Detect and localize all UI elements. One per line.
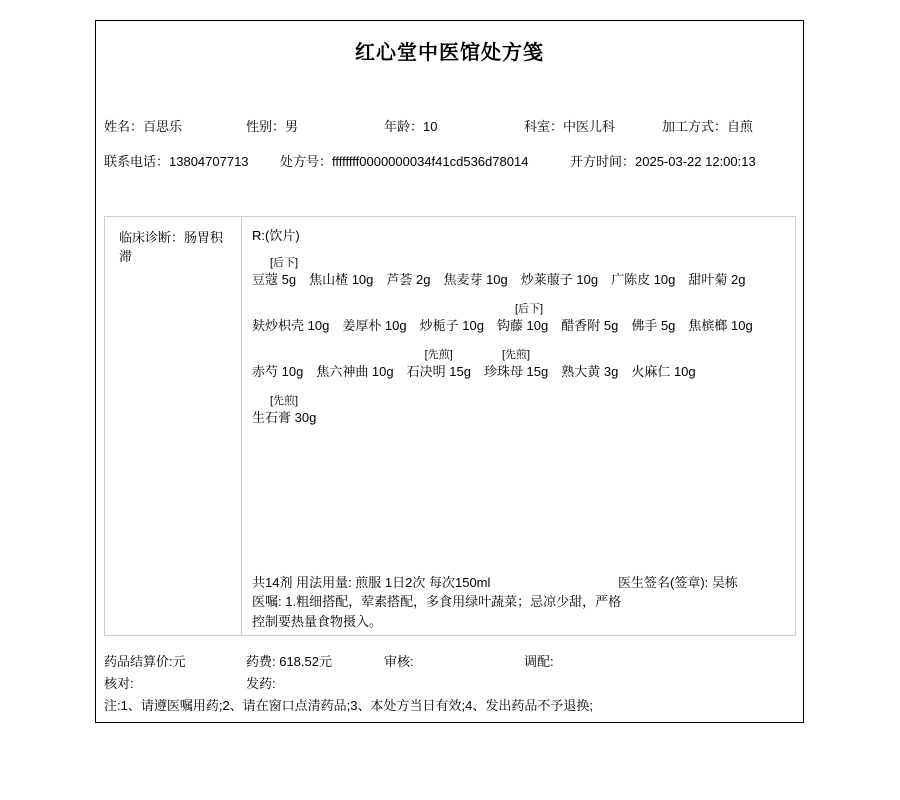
medicine-item: [后下]钩藤 10g [497, 299, 548, 335]
dispense-field: 调配: [524, 651, 554, 670]
doctor-signature: 医生签名(签章): 吴栋 [618, 572, 738, 591]
medicine-text: 广陈皮 10g [611, 272, 675, 287]
medicine-text: 石决明 15g [407, 364, 471, 379]
prescription-number-field: 处方号：ffffffff0000000034f41cd536d78014 [280, 151, 528, 170]
medicine-text: 麸炒枳壳 10g [252, 318, 329, 333]
medicine-text: 醋香附 5g [561, 318, 618, 333]
decoction-tag: [后下] [515, 300, 543, 316]
prescription-content-column: R:(饮片) [后下]豆蔻 5g焦山楂 10g芦荟 2g焦麦芽 10g炒莱菔子 … [242, 217, 795, 635]
medicine-item: [先煎]石决明 15g [407, 345, 471, 381]
medicine-text: 珍珠母 15g [484, 364, 548, 379]
medicine-item: [先煎]珍珠母 15g [484, 345, 548, 381]
medicine-fee-field: 药费: 618.52元 [246, 651, 332, 670]
phone-field: 联系电话：13804707713 [104, 151, 249, 170]
medicine-item: 广陈皮 10g [611, 253, 675, 289]
issue-field: 发药: [246, 673, 276, 692]
medicine-item: 佛手 5g [631, 299, 675, 335]
medicine-text: 焦六神曲 10g [316, 364, 393, 379]
medicine-text: 佛手 5g [631, 318, 675, 333]
decoction-tag: [后下] [270, 254, 298, 270]
decoction-tag: [先煎] [425, 346, 453, 362]
medicine-item: 姜厚朴 10g [342, 299, 406, 335]
medicine-text: 熟大黄 3g [561, 364, 618, 379]
diagnosis-column: 临床诊断：肠胃积滞 [105, 217, 242, 635]
medicine-text: 生石膏 30g [252, 410, 316, 425]
medicine-item: 芦荟 2g [386, 253, 430, 289]
medicine-line: 赤芍 10g焦六神曲 10g[先煎]石决明 15g[先煎]珍珠母 15g熟大黄 … [252, 345, 789, 381]
diagnosis-text: 临床诊断：肠胃积滞 [119, 230, 223, 264]
medicine-text: 姜厚朴 10g [342, 318, 406, 333]
rx-type-header: R:(饮片) [252, 225, 789, 243]
medicine-item: 焦槟榔 10g [688, 299, 752, 335]
medicine-item: 炒莱菔子 10g [521, 253, 598, 289]
settlement-price-field: 药品结算价:元 [104, 651, 186, 670]
dosage-usage-text: 共14剂 用法用量: 煎服 1日2次 每次150ml [252, 575, 490, 590]
department-field: 科室：中医儿科 [524, 116, 615, 135]
medicine-item: [后下]豆蔻 5g [252, 253, 296, 289]
medicine-text: 赤芍 10g [252, 364, 303, 379]
patient-gender-field: 性别：男 [246, 116, 298, 135]
decoction-tag: [先煎] [502, 346, 530, 362]
medicine-text: 炒栀子 10g [420, 318, 484, 333]
medicine-line: [先煎]生石膏 30g [252, 391, 789, 427]
decoction-tag: [先煎] [270, 392, 298, 408]
medicine-item: 赤芍 10g [252, 345, 303, 381]
processing-method-field: 加工方式：自煎 [662, 116, 753, 135]
medicine-item: 火麻仁 10g [631, 345, 695, 381]
usage-row: 共14剂 用法用量: 煎服 1日2次 每次150ml 医生签名(签章): 吴栋 [252, 572, 787, 592]
prescription-bottom-block: 共14剂 用法用量: 煎服 1日2次 每次150ml 医生签名(签章): 吴栋 … [252, 572, 787, 632]
medicine-text: 焦山楂 10g [309, 272, 373, 287]
medicine-text: 钩藤 10g [497, 318, 548, 333]
medicine-item: 焦六神曲 10g [316, 345, 393, 381]
medicine-item: 焦麦芽 10g [443, 253, 507, 289]
issue-time-field: 开方时间：2025-03-22 12:00:13 [570, 151, 756, 170]
medicine-item: 熟大黄 3g [561, 345, 618, 381]
prescription-sheet: 红心堂中医馆处方笺 姓名：百思乐 性别：男 年龄：10 科室：中医儿科 加工方式… [95, 20, 804, 723]
medical-advice-text: 医嘱: 1.粗细搭配，荤素搭配，多食用绿叶蔬菜；忌凉少甜，严格控制要热量食物摄入… [252, 592, 634, 632]
medicine-line: [后下]豆蔻 5g焦山楂 10g芦荟 2g焦麦芽 10g炒莱菔子 10g广陈皮 … [252, 253, 789, 289]
medicine-text: 芦荟 2g [386, 272, 430, 287]
medicine-item: 炒栀子 10g [420, 299, 484, 335]
medicine-text: 甜叶菊 2g [688, 272, 745, 287]
review-field: 审核: [384, 651, 414, 670]
medicine-text: 火麻仁 10g [631, 364, 695, 379]
medicine-item: 甜叶菊 2g [688, 253, 745, 289]
medicine-item: 麸炒枳壳 10g [252, 299, 329, 335]
page-title: 红心堂中医馆处方笺 [96, 36, 803, 65]
medicine-text: 焦槟榔 10g [688, 318, 752, 333]
medicine-item: [先煎]生石膏 30g [252, 391, 316, 427]
medicine-item: 焦山楂 10g [309, 253, 373, 289]
patient-age-field: 年龄：10 [384, 116, 437, 135]
prescription-box: 临床诊断：肠胃积滞 R:(饮片) [后下]豆蔻 5g焦山楂 10g芦荟 2g焦麦… [104, 216, 796, 636]
medicine-text: 豆蔻 5g [252, 272, 296, 287]
medicine-line: 麸炒枳壳 10g姜厚朴 10g炒栀子 10g[后下]钩藤 10g醋香附 5g佛手… [252, 299, 789, 335]
medicine-lines: [后下]豆蔻 5g焦山楂 10g芦荟 2g焦麦芽 10g炒莱菔子 10g广陈皮 … [252, 253, 789, 427]
medicine-text: 焦麦芽 10g [443, 272, 507, 287]
note-text: 注:1、请遵医嘱用药;2、请在窗口点清药品;3、本处方当日有效;4、发出药品不予… [104, 695, 593, 714]
patient-name-field: 姓名：百思乐 [104, 116, 182, 135]
medicine-text: 炒莱菔子 10g [521, 272, 598, 287]
check-field: 核对: [104, 673, 134, 692]
medicine-item: 醋香附 5g [561, 299, 618, 335]
